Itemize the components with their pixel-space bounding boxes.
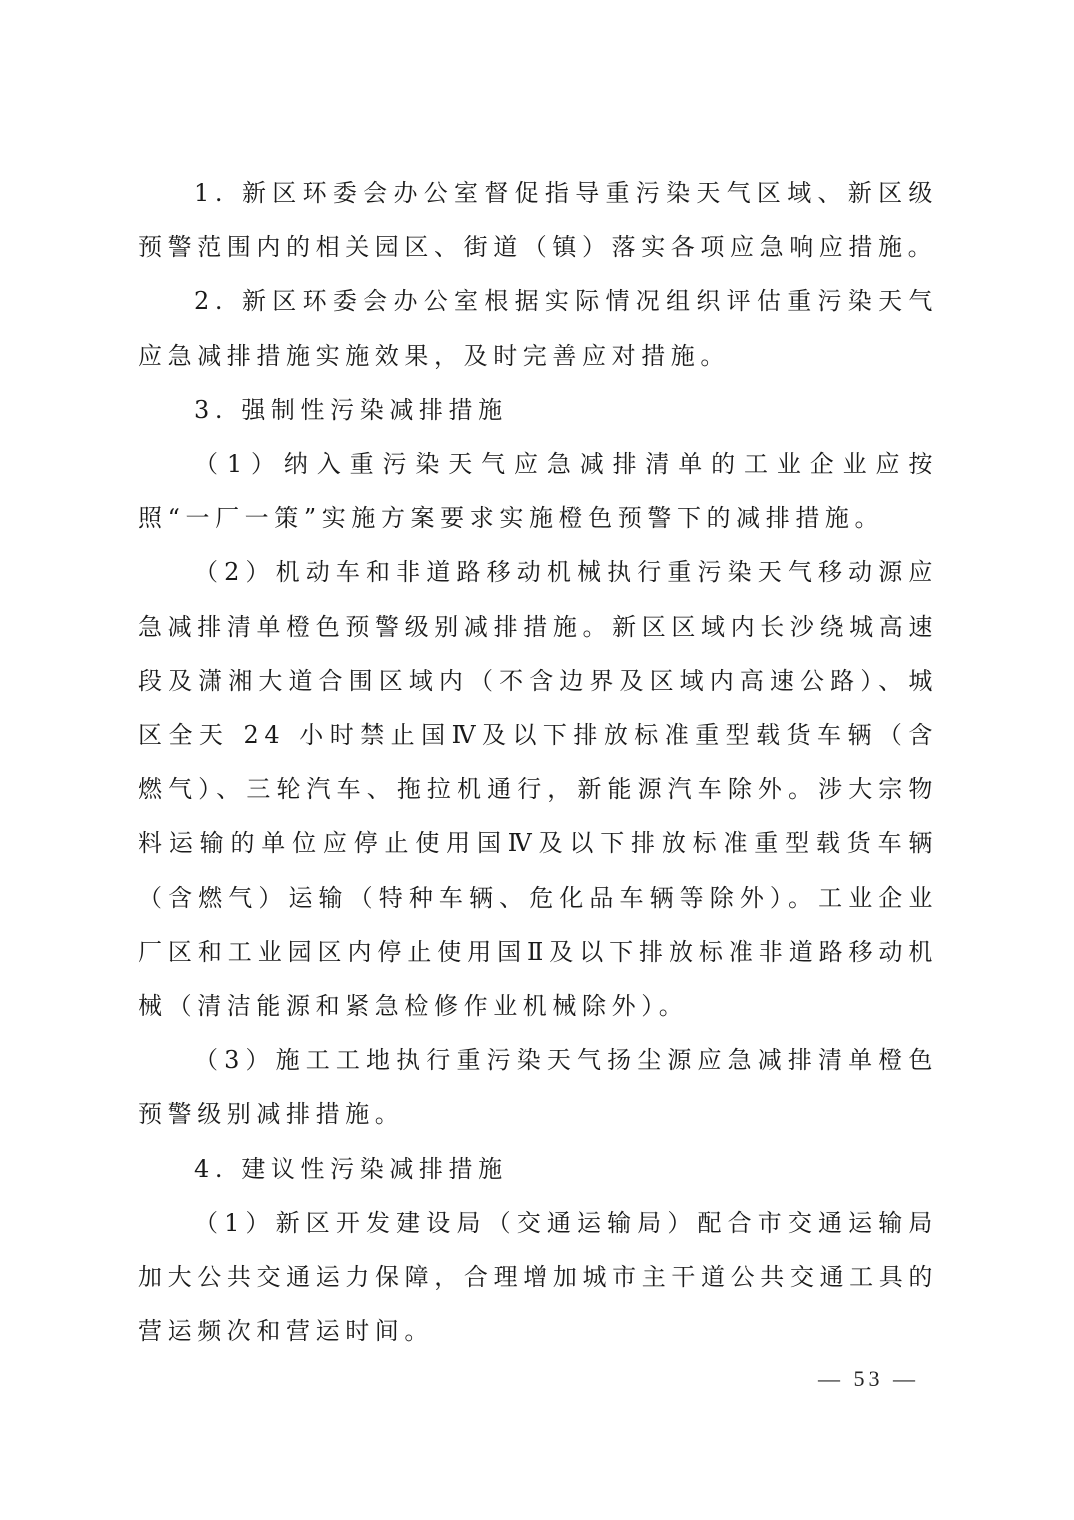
paragraph-1: 1. 新区环委会办公室督促指导重污染天气区域、新区级预警范围内的相关园区、街道（… (138, 166, 938, 274)
paragraph-4-1: （1）新区开发建设局（交通运输局）配合市交通运输局加大公共交通运力保障，合理增加… (138, 1196, 938, 1359)
section-heading-3: 3. 强制性污染减排措施 (138, 383, 938, 437)
paragraph-3-2: （2）机动车和非道路移动机械执行重污染天气移动源应急减排清单橙色预警级别减排措施… (138, 545, 938, 1033)
paragraph-3-3: （3）施工工地执行重污染天气扬尘源应急减排清单橙色预警级别减排措施。 (138, 1033, 938, 1141)
document-body: 1. 新区环委会办公室督促指导重污染天气区域、新区级预警范围内的相关园区、街道（… (138, 166, 938, 1358)
page-number: — 53 — (818, 1366, 919, 1392)
section-heading-4: 4. 建议性污染减排措施 (138, 1142, 938, 1196)
paragraph-3-1: （1）纳入重污染天气应急减排清单的工业企业应按照“一厂一策”实施方案要求实施橙色… (138, 437, 938, 545)
paragraph-2: 2. 新区环委会办公室根据实际情况组织评估重污染天气应急减排措施实施效果，及时完… (138, 274, 938, 382)
